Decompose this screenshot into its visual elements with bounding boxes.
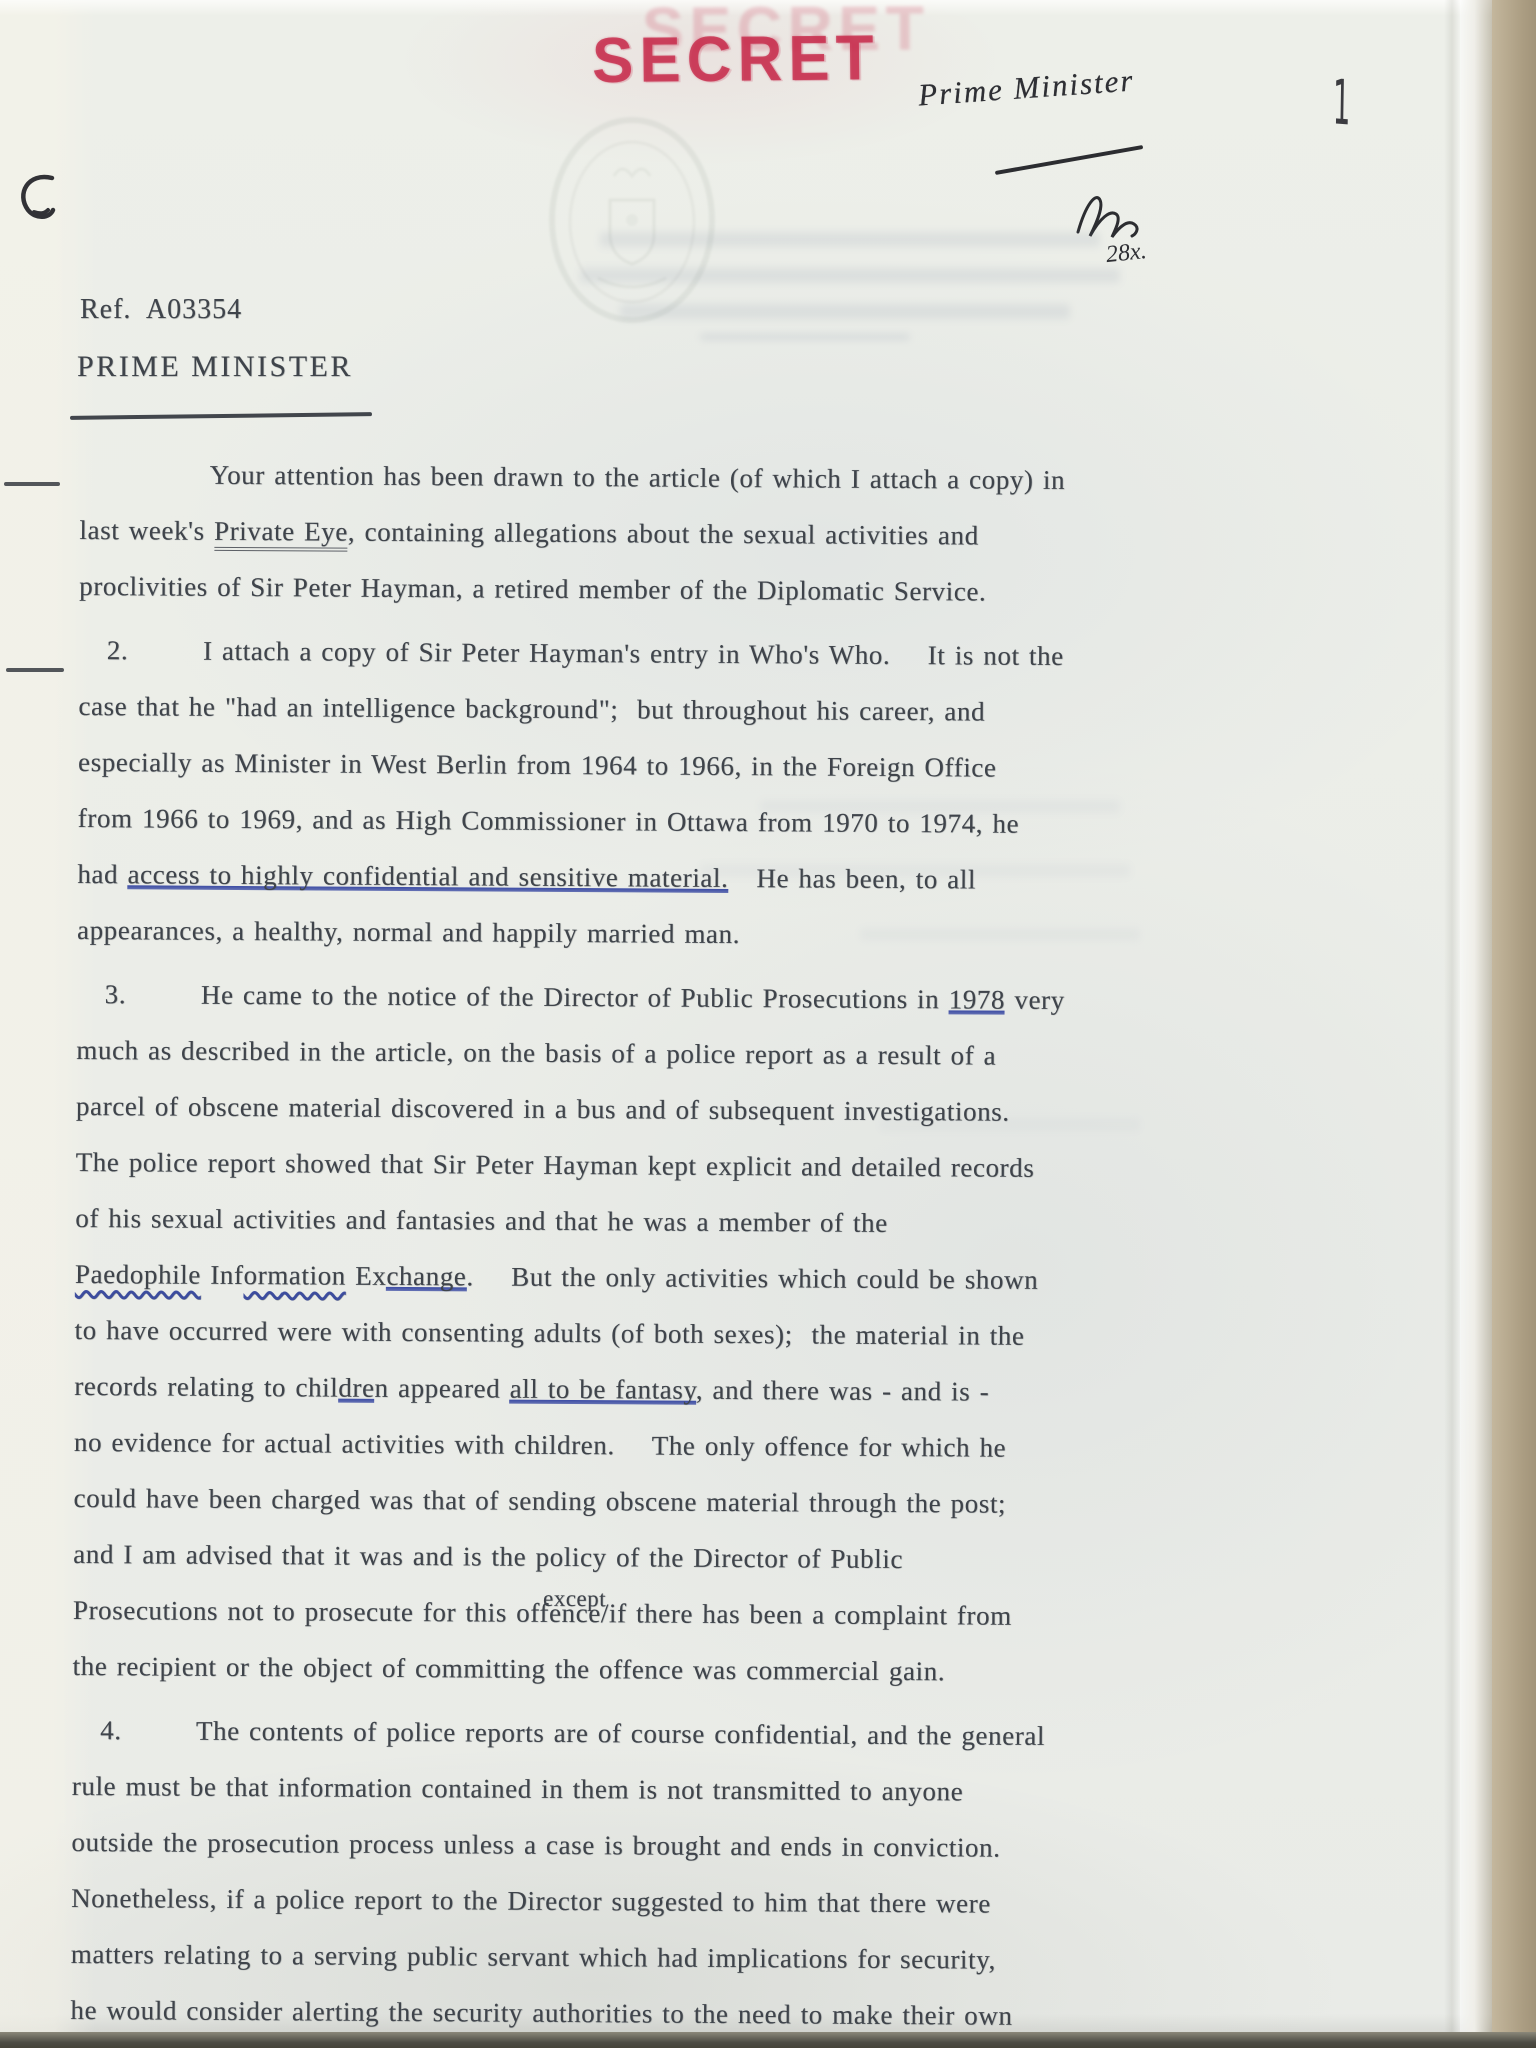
document-line: The police report showed that Sir Peter … [75, 1134, 1185, 1197]
text-segment: Paedophile [75, 1259, 201, 1290]
text-segment: last week's [79, 515, 214, 546]
text-segment: could have been charged was that of send… [73, 1483, 1006, 1519]
text-segment: to have occurred were with consenting ad… [75, 1315, 1025, 1351]
handwritten-date: 28x. [1105, 238, 1148, 269]
royal-crest-watermark-icon [540, 110, 725, 330]
text-segment: Nonetheless, if a police report to the D… [71, 1883, 991, 1919]
text-segment: , containing allegations about the sexua… [348, 517, 979, 551]
text-segment: matters relating to a serving public ser… [71, 1939, 996, 1975]
document-line: and I am advised that it was and is the … [73, 1526, 1183, 1589]
text-segment: rule must be that information contained … [72, 1771, 964, 1806]
document-line: to have occurred were with consenting ad… [74, 1302, 1184, 1365]
text-segment: appearances, a healthy, normal and happi… [77, 915, 740, 949]
text-segment: Prosecutions not to prosecute for this o… [73, 1595, 609, 1628]
document-line: parcel of obscene material discovered in… [76, 1078, 1186, 1141]
document-line: case that he "had an intelligence backgr… [78, 678, 1188, 741]
text-segment: . But the only activities which could be… [466, 1261, 1038, 1294]
photographed-document: SECRET SECRET Prime Minister 28x. 1 Ref.… [0, 0, 1536, 2048]
paragraph: 4. The contents of police reports are of… [70, 1702, 1182, 2045]
document-line: Prosecutions not to prosecute for this o… [73, 1582, 1183, 1645]
text-segment: n appeared [375, 1373, 510, 1404]
document-line: especially as Minister in West Berlin fr… [78, 734, 1188, 797]
document-line: records relating to children appeared al… [74, 1358, 1184, 1421]
text-segment: no evidence for actual activities with c… [74, 1427, 1006, 1463]
text-segment: much as described in the article, on the… [76, 1035, 996, 1071]
text-segment: Ex [346, 1261, 387, 1291]
document-line: much as described in the article, on the… [76, 1022, 1186, 1085]
text-segment: there has been a complaint from [627, 1598, 1012, 1630]
document-line: of his sexual activities and fantasies a… [75, 1190, 1185, 1253]
text-segment: ifexcept [609, 1598, 627, 1628]
document-line: rule must be that information contained … [72, 1758, 1182, 1821]
document-line: 2. I attach a copy of Sir Peter Hayman's… [79, 622, 1189, 685]
margin-tick [4, 482, 60, 486]
text-segment: had [77, 859, 127, 889]
margin-tick [6, 668, 64, 672]
document-line: Your attention has been drawn to the art… [80, 446, 1190, 509]
bleed-through-smudge [600, 232, 1100, 247]
text-segment: from 1966 to 1969, and as High Commissio… [78, 803, 1020, 839]
text-segment: 1978 [949, 984, 1006, 1014]
text-segment: Your attention has been drawn to the art… [80, 459, 1065, 495]
page-number: 1 [1332, 65, 1351, 139]
bleed-through-smudge [620, 304, 1070, 319]
reference-number: Ref. A03354 [80, 294, 242, 326]
text-segment: all to be fantasy [510, 1374, 696, 1405]
text-segment: 2. I attach a copy of Sir Peter Hayman's… [79, 635, 1064, 671]
document-line: no evidence for actual activities with c… [74, 1414, 1184, 1477]
text-segment: The police report showed that Sir Peter … [76, 1147, 1035, 1183]
text-segment: outside the prosecution process unless a… [71, 1827, 1000, 1863]
paper-edge [1460, 0, 1492, 2048]
text-segment: ormation [243, 1260, 345, 1291]
text-segment: especially as Minister in West Berlin fr… [78, 747, 997, 783]
text-segment: very [1005, 985, 1065, 1015]
addressee-heading: PRIME MINISTER [77, 350, 353, 384]
text-segment: case that he "had an intelligence backgr… [78, 691, 985, 727]
paper-crease [1444, 0, 1460, 2048]
paragraph: 3. He came to the notice of the Director… [72, 966, 1186, 1701]
document-body: Your attention has been drawn to the art… [70, 446, 1190, 2045]
text-segment: proclivities of Sir Peter Hayman, a reti… [79, 571, 986, 607]
document-line: Paedophile Information Exchange. But the… [75, 1246, 1185, 1309]
document-line: 3. He came to the notice of the Director… [76, 966, 1186, 1029]
text-segment: and I am advised that it was and is the … [73, 1539, 903, 1574]
document-line: from 1966 to 1969, and as High Commissio… [78, 790, 1188, 853]
text-segment: , and there was - and is - [696, 1375, 990, 1407]
text-segment: the recipient or the object of committin… [72, 1651, 945, 1686]
bottom-shadow-edge [0, 2032, 1536, 2048]
pen-mark-icon [12, 170, 60, 232]
text-segment: dre [338, 1373, 374, 1403]
document-line: could have been charged was that of send… [73, 1470, 1183, 1533]
inserted-word-above-line: except [543, 1571, 606, 1627]
document-line: Nonetheless, if a police report to the D… [71, 1870, 1181, 1933]
paragraph: Your attention has been drawn to the art… [79, 446, 1190, 621]
text-segment: Inf [201, 1260, 244, 1290]
text-segment: records relating to chil [74, 1371, 338, 1403]
text-segment: He has been, to all [728, 863, 976, 895]
paragraph: 2. I attach a copy of Sir Peter Hayman's… [77, 622, 1189, 965]
text-segment: he would consider alerting the security … [70, 1995, 1012, 2031]
document-line: appearances, a healthy, normal and happi… [77, 902, 1187, 965]
text-segment: Private Eye [214, 516, 348, 552]
document-line: outside the prosecution process unless a… [71, 1814, 1181, 1877]
text-segment: change [386, 1261, 466, 1291]
secret-stamp: SECRET [592, 21, 880, 97]
backdrop [1492, 0, 1536, 2048]
text-segment: parcel of obscene material discovered in… [76, 1091, 1010, 1127]
document-line: 4. The contents of police reports are of… [72, 1702, 1182, 1765]
document-line: the recipient or the object of committin… [72, 1638, 1182, 1701]
document-line: proclivities of Sir Peter Hayman, a reti… [79, 558, 1189, 621]
text-segment: 4. The contents of police reports are of… [72, 1715, 1045, 1751]
document-line: last week's Private Eye, containing alle… [79, 502, 1189, 565]
bleed-through-smudge [700, 334, 910, 340]
document-line: matters relating to a serving public ser… [71, 1926, 1181, 1989]
text-segment: access to highly confidential and sensit… [127, 859, 728, 893]
text-segment: of his sexual activities and fantasies a… [75, 1203, 888, 1238]
text-segment: 3. He came to the notice of the Director… [77, 979, 949, 1014]
bleed-through-smudge [580, 268, 1120, 283]
document-line: had access to highly confidential and se… [77, 846, 1187, 909]
